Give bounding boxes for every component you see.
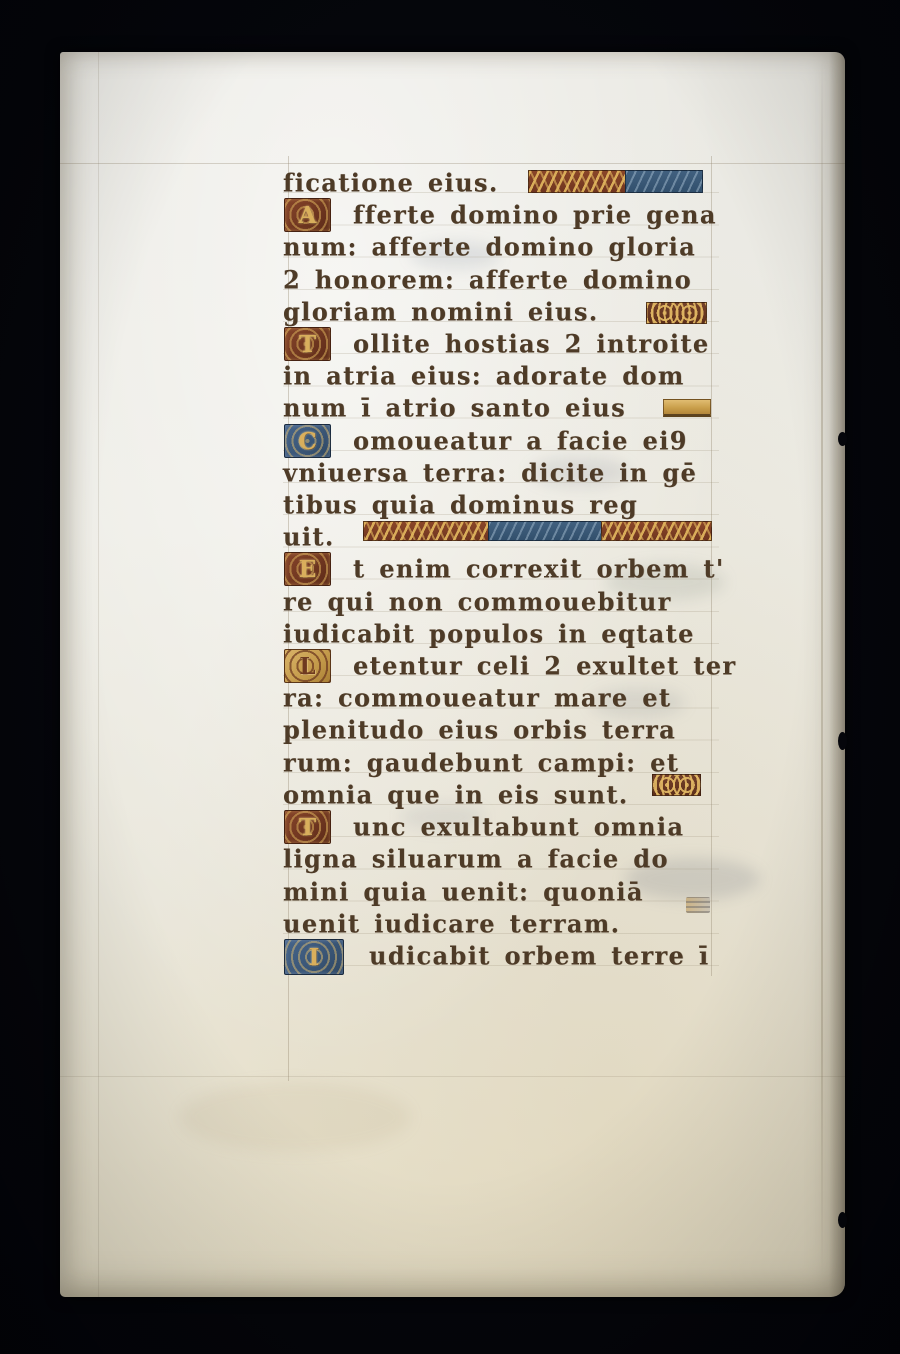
- text-line: t enim correxit orbem t': [283, 553, 789, 587]
- text-line: 2 honorem: afferte domino: [283, 264, 719, 298]
- text-line: etentur celi 2 exultet ter: [283, 650, 789, 684]
- line-filler-red-gold: [363, 521, 490, 541]
- text-line: tibus quia dominus reg: [283, 489, 719, 523]
- line-filler-swirl: [646, 302, 707, 324]
- text-line: ra: commoueatur mare et: [283, 682, 719, 716]
- text-line: vniuersa terra: dicite in gē: [283, 457, 719, 491]
- illuminated-initial-t2: T: [284, 810, 331, 844]
- vertical-crease-left: [98, 52, 99, 1297]
- line-filler-blue: [625, 170, 703, 193]
- line-end-flourish: [686, 897, 710, 913]
- illuminated-initial-a: A: [284, 198, 331, 232]
- text-line: uenit iudicare terram.: [283, 908, 719, 942]
- text-line: unc exultabunt omnia: [283, 811, 789, 845]
- line-filler-red-gold: [528, 170, 627, 193]
- edge-notch: [838, 432, 847, 446]
- line-filler-gold-bar: [663, 399, 711, 417]
- text-line: num: afferte domino gloria: [283, 231, 719, 265]
- manuscript-leaf: ficatione eius. fferte domino prie gena …: [60, 52, 845, 1297]
- text-line: ligna siluarum a facie do: [283, 843, 719, 877]
- text-line: num ī atrio santo eius: [283, 392, 719, 426]
- line-filler-blue: [488, 521, 603, 541]
- parchment-stain: [180, 1082, 410, 1152]
- line-filler-red-gold: [601, 521, 712, 541]
- text-line: re qui non commouebitur: [283, 586, 719, 620]
- text-line: in atria eius: adorate dom: [283, 360, 719, 394]
- illuminated-initial-t: T: [284, 327, 331, 361]
- text-line: plenitudo eius orbis terra: [283, 714, 719, 748]
- illuminated-initial-e: E: [284, 552, 331, 586]
- text-block: ficatione eius. fferte domino prie gena …: [283, 162, 719, 980]
- text-line: fferte domino prie gena: [283, 199, 789, 233]
- deckled-edge-right: [829, 52, 845, 1297]
- horizontal-crease-bottom: [60, 1076, 845, 1077]
- text-line: ollite hostias 2 introite: [283, 328, 789, 362]
- illuminated-initial-l: L: [284, 649, 331, 683]
- text-line: mini quia uenit: quoniā: [283, 876, 719, 910]
- edge-notch: [838, 1212, 847, 1228]
- photo-stage: ficatione eius. fferte domino prie gena …: [0, 0, 900, 1354]
- line-filler-swirl: [652, 774, 701, 796]
- illuminated-initial-i: I: [284, 939, 344, 975]
- fold-shadow-right: [821, 60, 823, 1280]
- illuminated-initial-c: C: [284, 424, 331, 458]
- text-line: iudicabit populos in eqtate: [283, 618, 719, 652]
- edge-notch: [838, 732, 847, 750]
- text-line: omoueatur a facie ei9: [283, 425, 789, 459]
- text-line: udicabit orbem terre ī: [283, 940, 805, 974]
